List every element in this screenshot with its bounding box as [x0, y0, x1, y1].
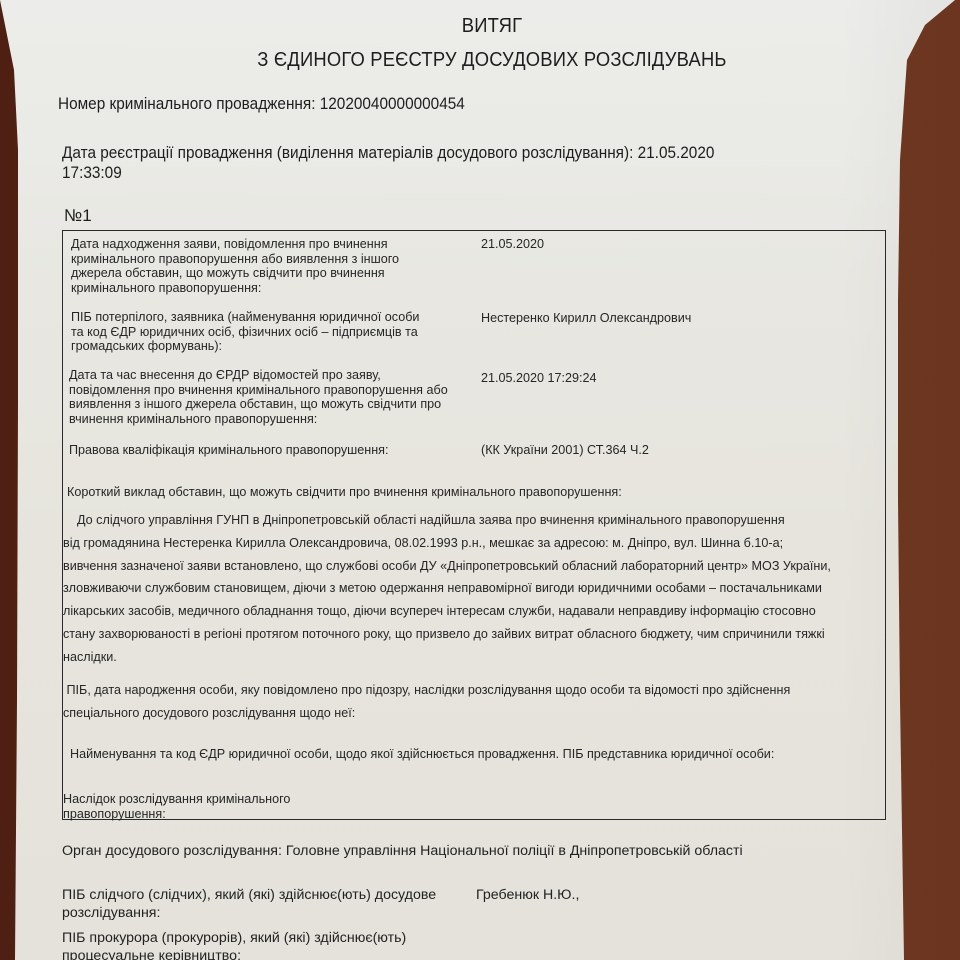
field-value-entry-datetime: 21.05.2020 17:29:24	[481, 371, 597, 385]
registration-date: Дата реєстрації провадження (виділення м…	[62, 144, 714, 163]
entry-number: №1	[64, 206, 92, 226]
field-label-legal-qualification: Правова кваліфікація кримінального право…	[69, 443, 389, 458]
field-value-applicant: Нестеренко Кирилл Олександрович	[481, 311, 691, 325]
document-title: ВИТЯГ	[50, 15, 933, 38]
entry-table: Дата надходження заяви, повідомлення про…	[62, 230, 886, 820]
document-subtitle: З ЄДИНОГО РЕЄСТРУ ДОСУДОВИХ РОЗСЛІДУВАНЬ	[50, 49, 933, 72]
case-number: Номер кримінального провадження: 1202004…	[58, 95, 465, 114]
investigator-value: Гребенюк Н.Ю.,	[476, 886, 579, 904]
field-label-entry-datetime: Дата та час внесення до ЄРДР відомостей …	[69, 368, 448, 426]
investigator-label: ПІБ слідчого (слідчих), який (які) здійс…	[62, 886, 436, 922]
field-value-legal-qualification: (КК України 2001) СТ.364 Ч.2	[481, 443, 649, 457]
investigation-authority: Орган досудового розслідування: Головне …	[62, 842, 743, 860]
field-label-receipt-date: Дата надходження заяви, повідомлення про…	[71, 237, 399, 295]
field-value-receipt-date: 21.05.2020	[481, 237, 544, 251]
legal-entity-section: Найменування та код ЄДР юридичної особи,…	[63, 743, 774, 766]
summary-heading: Короткий виклад обставин, що можуть свід…	[67, 485, 622, 500]
summary-text: До слідчого управління ГУНП в Дніпропетр…	[63, 509, 831, 669]
suspect-section: ПІБ, дата народження особи, яку повідомл…	[63, 679, 790, 725]
field-label-applicant: ПІБ потерпілого, заявника (найменування …	[71, 310, 419, 354]
paper-sheet: ВИТЯГ З ЄДИНОГО РЕЄСТРУ ДОСУДОВИХ РОЗСЛІ…	[0, 0, 960, 960]
registration-time: 17:33:09	[62, 164, 122, 183]
prosecutor-label: ПІБ прокурора (прокурорів), який (які) з…	[62, 929, 406, 960]
photo-scene: ВИТЯГ З ЄДИНОГО РЕЄСТРУ ДОСУДОВИХ РОЗСЛІ…	[0, 0, 960, 960]
outcome-section: Наслідок розслідування кримінального пра…	[63, 792, 290, 821]
